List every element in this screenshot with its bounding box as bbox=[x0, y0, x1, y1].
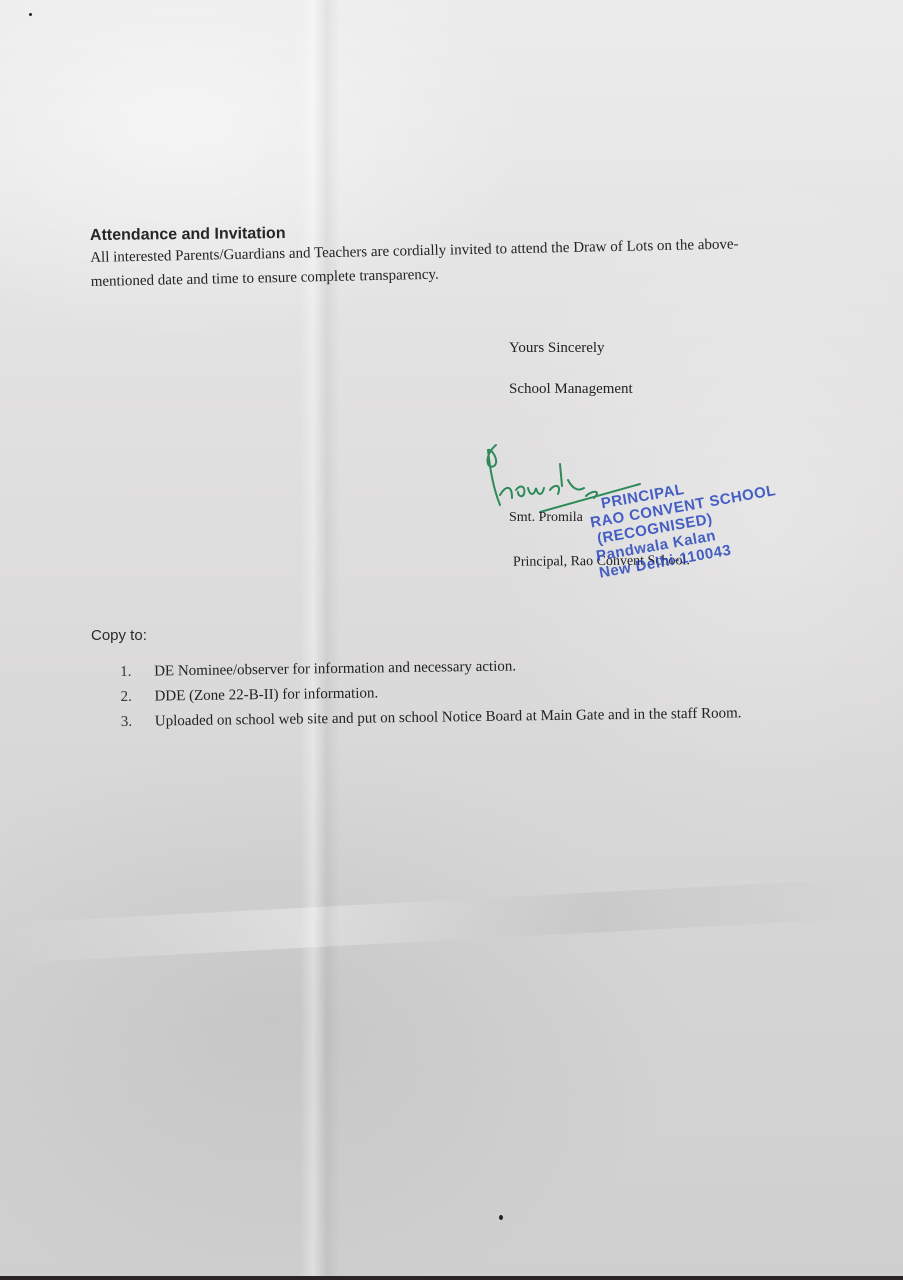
paper-crease bbox=[300, 0, 340, 1276]
copy-to-label: Copy to: bbox=[91, 627, 147, 644]
paper-crease bbox=[0, 876, 903, 963]
signatory-name: Smt. Promila bbox=[509, 510, 583, 526]
paper-speck bbox=[29, 13, 32, 16]
copy-to-list: 1. DE Nominee/observer for information a… bbox=[120, 650, 821, 735]
list-number: 2. bbox=[120, 685, 154, 710]
paper-speck bbox=[499, 1215, 503, 1220]
list-number: 1. bbox=[120, 660, 154, 685]
list-number: 3. bbox=[121, 710, 155, 735]
paper-sheet: Attendance and Invitation All interested… bbox=[0, 0, 903, 1276]
closing-salutation: Yours Sincerely bbox=[509, 340, 605, 357]
closing-from: School Management bbox=[509, 381, 633, 398]
